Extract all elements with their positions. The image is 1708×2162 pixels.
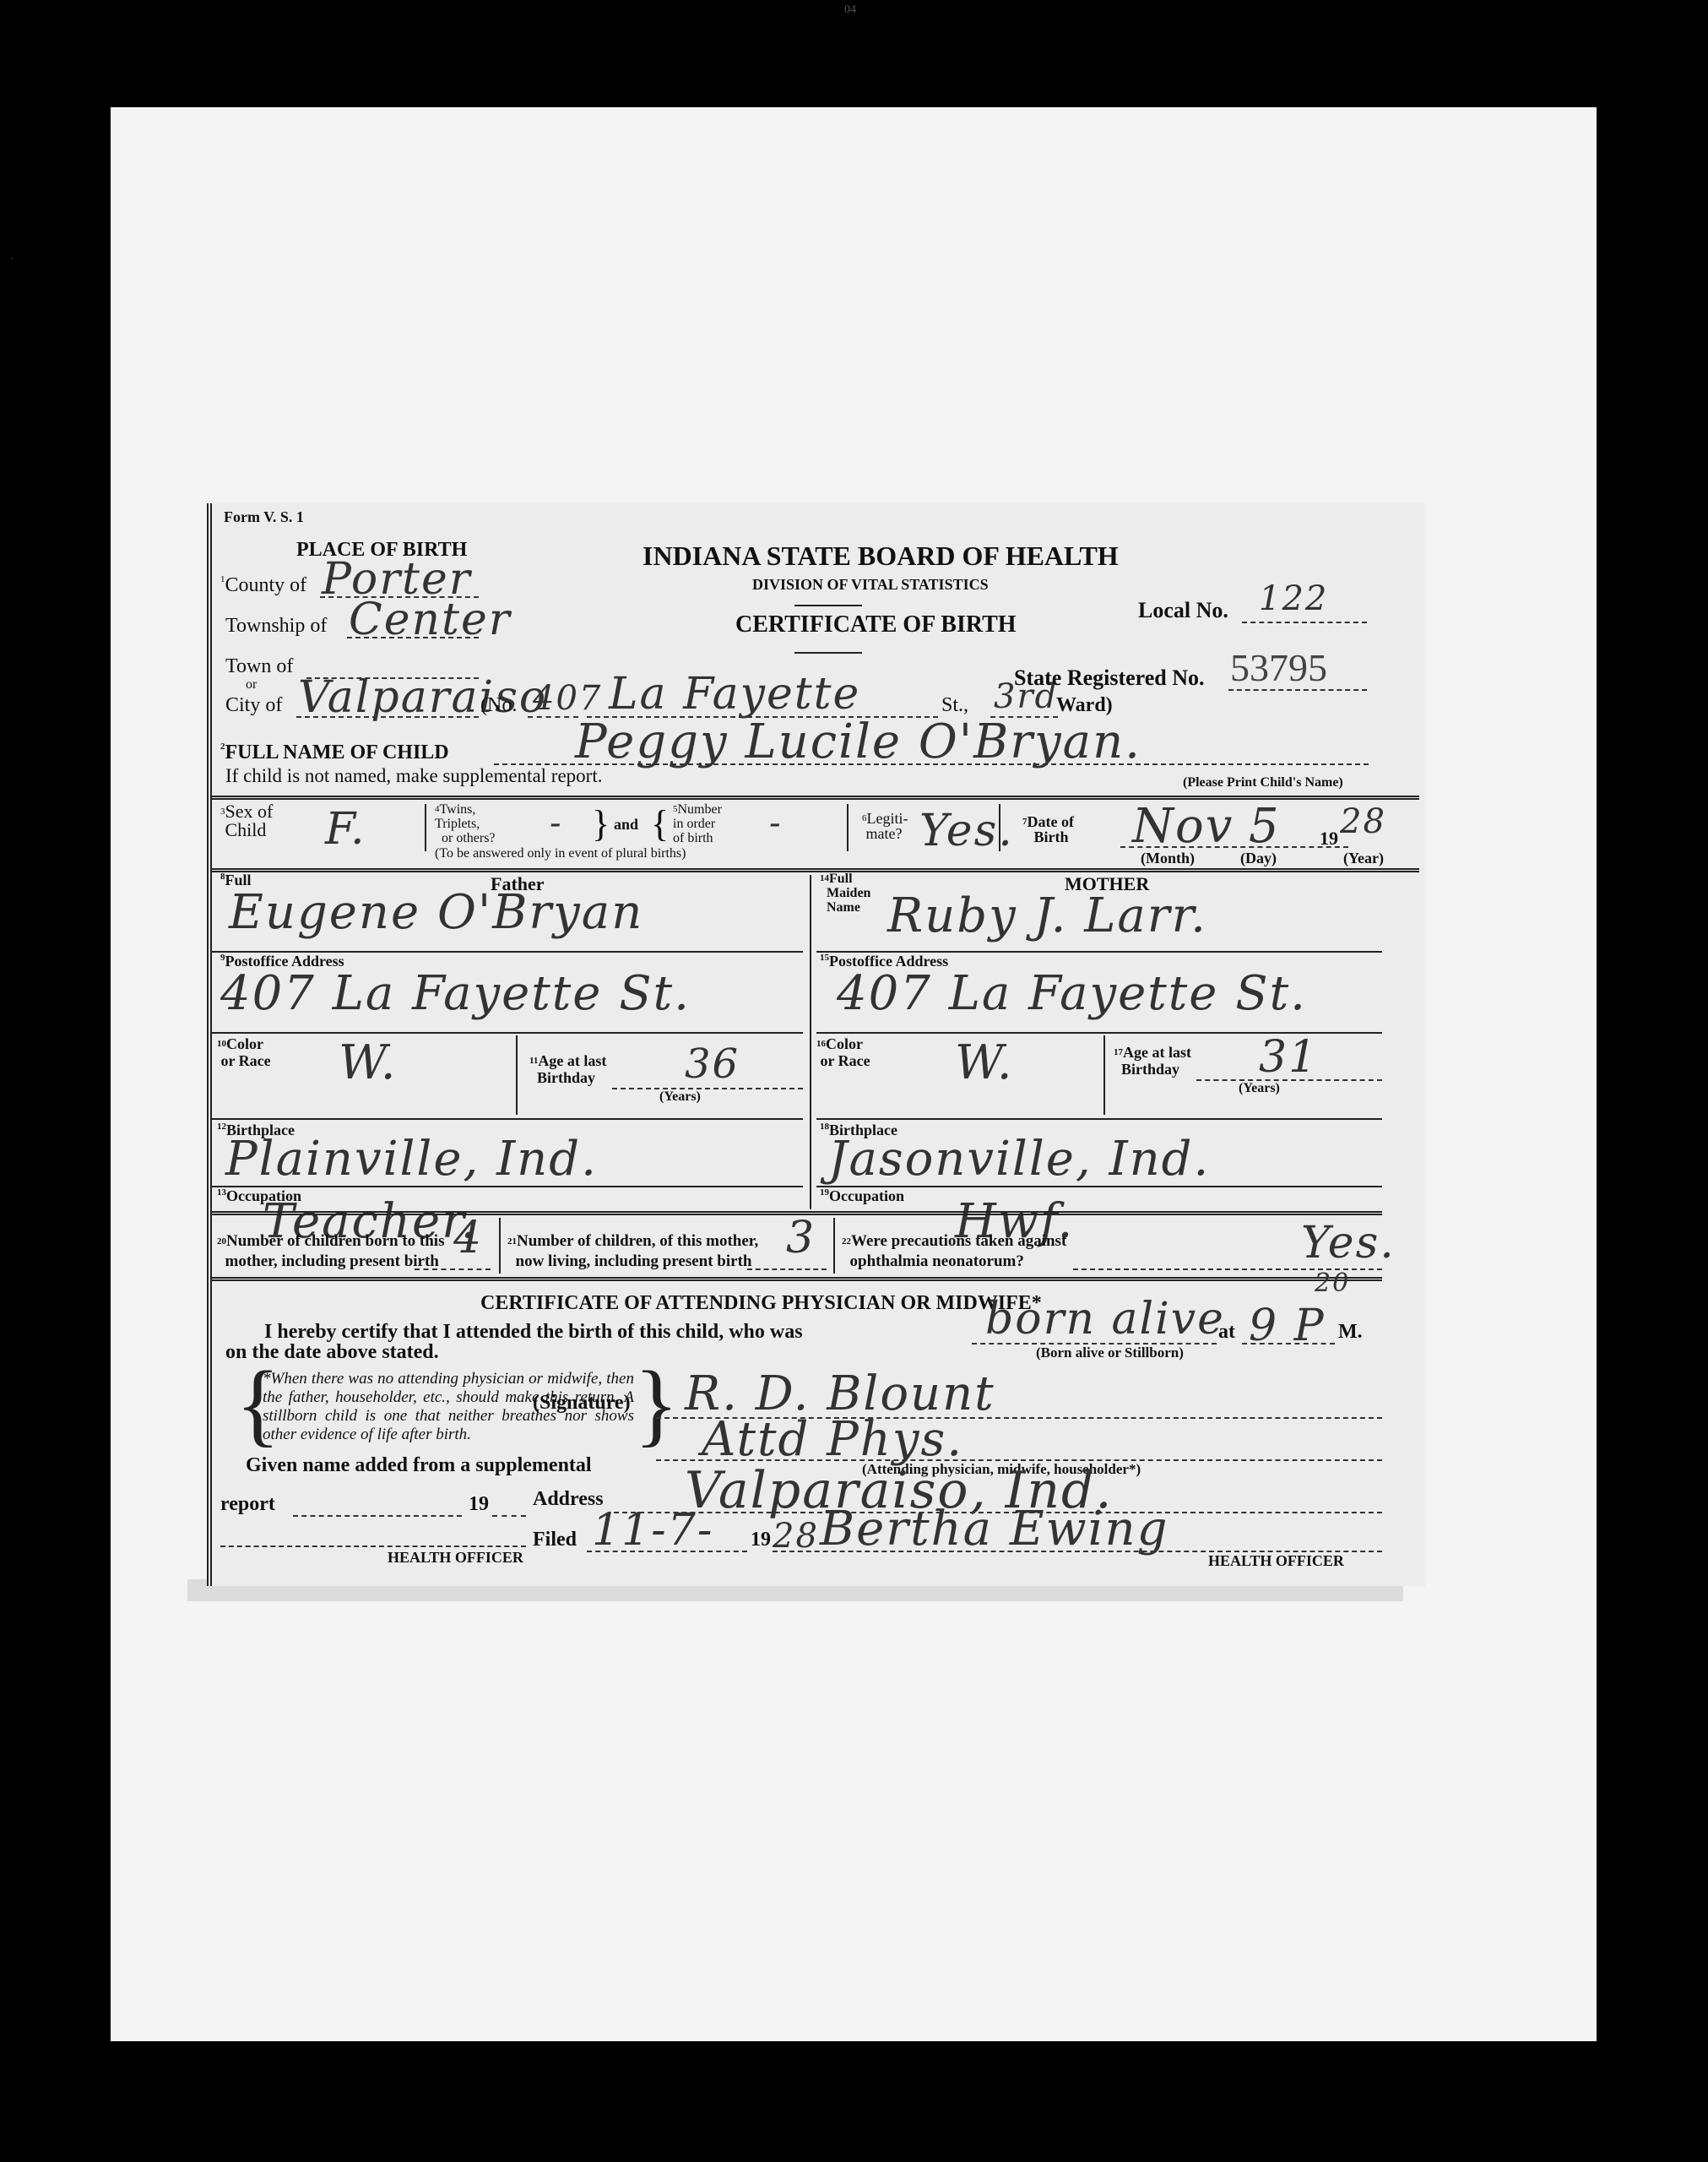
- dob-day-value: 5: [1249, 799, 1281, 854]
- footnote-brace-right: }: [634, 1363, 679, 1444]
- divider: [1103, 1035, 1105, 1115]
- certify-statement: I hereby certify that I attended the bir…: [264, 1321, 803, 1344]
- father-age-label-2: Birthday: [537, 1069, 595, 1086]
- children-born-value: 4: [453, 1213, 483, 1263]
- children-born-line: [415, 1267, 491, 1270]
- mother-age-label: Age at last: [1123, 1044, 1191, 1061]
- state-reg-label: State Registered No.: [1014, 665, 1205, 691]
- scan-frame-mark: 04: [844, 3, 856, 17]
- full-name-label: FULL NAME OF CHILD: [225, 741, 449, 763]
- dob-year-value: 28: [1340, 802, 1386, 841]
- twins-label: Twins,: [440, 802, 476, 817]
- divider: [425, 804, 426, 851]
- father-years-caption: (Years): [659, 1089, 701, 1105]
- parents-divider: [810, 875, 811, 1209]
- county-label: County of: [225, 574, 307, 596]
- filed-label: Filed: [533, 1529, 577, 1551]
- children-born-label-2: mother, including present birth: [225, 1252, 439, 1270]
- mother-age-value: 31: [1259, 1032, 1318, 1083]
- ward-label: Ward): [1056, 694, 1113, 717]
- section-rule: [212, 1277, 1382, 1281]
- supplemental-report-label: report: [220, 1493, 275, 1516]
- st-label: St.,: [941, 694, 968, 717]
- section-rule: [212, 796, 1419, 800]
- supplemental-label: Given name added from a supplemental: [246, 1454, 592, 1477]
- legitimate-label: Legiti-: [867, 810, 908, 827]
- unnamed-note: If child is not named, make supplemental…: [225, 765, 602, 787]
- children-born-label: Number of children born to this: [226, 1232, 444, 1250]
- physician-title: Attd Phys.: [702, 1412, 963, 1467]
- brace-left: }: [592, 802, 610, 845]
- divider: [516, 1035, 518, 1115]
- birth-certificate: Form V. S. 1 PLACE OF BIRTH INDIANA STAT…: [207, 503, 1425, 1586]
- mother-years-caption: (Years): [1239, 1081, 1280, 1096]
- divider: [499, 1218, 501, 1274]
- sex-label-2: Child: [225, 819, 267, 840]
- year-caption: (Year): [1343, 850, 1384, 867]
- order-value: -: [769, 804, 783, 843]
- father-age-label: Age at last: [538, 1052, 606, 1069]
- form-number: Form V. S. 1: [224, 508, 304, 526]
- mother-race-label: Color: [826, 1035, 863, 1052]
- mother-race-label-2: or Race: [821, 1052, 870, 1069]
- precaution-label-2: ophthalmia neonatorum?: [850, 1252, 1024, 1270]
- row-rule: [816, 1118, 1382, 1120]
- print-name-note: (Please Print Child's Name): [1183, 775, 1343, 790]
- header-rule: [794, 605, 862, 606]
- header-rule-2: [794, 652, 862, 654]
- dob-label-2: Birth: [1034, 828, 1069, 845]
- dob-month-value: Nov: [1132, 799, 1234, 854]
- precaution-value: Yes.: [1301, 1218, 1396, 1268]
- month-caption: (Month): [1141, 850, 1195, 867]
- status-hint: (Born alive or Stillborn): [1036, 1344, 1184, 1361]
- order-label: Number: [678, 802, 722, 817]
- m-label: M.: [1338, 1321, 1363, 1344]
- mother-name-label-2: Maiden: [827, 886, 870, 900]
- supplemental-report-line: [293, 1513, 462, 1517]
- at-label: at: [1218, 1321, 1235, 1344]
- children-living-value: 3: [786, 1213, 816, 1263]
- father-name-value: Eugene O'Bryan: [229, 885, 643, 940]
- street-no-value: 407: [533, 679, 602, 718]
- town-label: Town of: [225, 655, 293, 678]
- order-label-3: of birth: [673, 831, 713, 845]
- division-title: DIVISION OF VITAL STATISTICS: [752, 576, 989, 594]
- mother-occupation-label: Occupation: [829, 1187, 904, 1204]
- father-address-value: 407 La Fayette St.: [220, 966, 691, 1021]
- father-birthplace-value: Plainville, Ind.: [225, 1132, 598, 1187]
- local-no-label: Local No.: [1138, 598, 1228, 623]
- city-label: City of: [225, 694, 282, 717]
- mother-age-label-2: Birthday: [1121, 1061, 1179, 1078]
- street-value: La Fayette: [609, 669, 860, 720]
- legitimate-label-2: mate?: [866, 825, 903, 842]
- father-age-value: 36: [685, 1040, 740, 1088]
- sex-value: F.: [325, 804, 366, 855]
- father-race-label: Color: [226, 1035, 263, 1052]
- father-race-value: W.: [339, 1035, 398, 1090]
- street-no-label: (No.: [480, 694, 517, 717]
- birth-time-value: 9 P: [1249, 1301, 1326, 1351]
- agency-title: INDIANA STATE BOARD OF HEALTH: [643, 540, 1119, 572]
- mother-name-label: Full: [829, 872, 853, 886]
- supplemental-officer-line: [220, 1544, 526, 1547]
- row-rule: [212, 1118, 803, 1120]
- signature-label: (Signature): [533, 1392, 631, 1415]
- health-officer-signature: Bertha Ewing: [820, 1502, 1168, 1556]
- children-living-label: Number of children, of this mother,: [517, 1232, 758, 1250]
- state-reg-value: 53795: [1230, 645, 1327, 690]
- birth-time-minutes: 20: [1315, 1268, 1350, 1298]
- and-label: and: [614, 816, 638, 834]
- dob-label: Date of: [1028, 813, 1074, 830]
- birth-status-value: born alive: [985, 1294, 1225, 1344]
- local-no-value: 122: [1259, 579, 1328, 618]
- supplemental-officer-label: HEALTH OFFICER: [388, 1549, 523, 1567]
- precaution-label: Were precautions taken against: [851, 1232, 1066, 1250]
- local-no-line: [1242, 620, 1367, 623]
- day-caption: (Day): [1240, 850, 1277, 867]
- supplemental-century: 19: [469, 1493, 489, 1516]
- twins-value: -: [550, 804, 563, 843]
- dob-century: 19: [1320, 828, 1338, 850]
- child-name-value: Peggy Lucile O'Bryan.: [575, 714, 1141, 769]
- divider: [999, 804, 1000, 851]
- divider: [833, 1218, 835, 1274]
- mother-address-value: 407 La Fayette St.: [837, 966, 1307, 1021]
- twins-label-3: or others?: [442, 831, 496, 845]
- mother-name-value: Ruby J. Larr.: [887, 888, 1207, 943]
- divider: [847, 804, 849, 851]
- mother-race-value: W.: [955, 1035, 1014, 1090]
- township-value: Center: [349, 595, 512, 645]
- or-label: or: [246, 677, 257, 693]
- order-label-2: in order: [673, 817, 715, 831]
- attendant-heading: CERTIFICATE OF ATTENDING PHYSICIAN OR MI…: [480, 1292, 1042, 1315]
- brace-right: {: [651, 802, 669, 845]
- mother-name-label-3: Name: [827, 900, 860, 915]
- filed-century: 19: [751, 1529, 771, 1551]
- row-rule: [212, 1032, 803, 1034]
- filing-officer-label: HEALTH OFFICER: [1208, 1552, 1344, 1570]
- township-label: Township of: [225, 615, 327, 638]
- children-living-line: [747, 1267, 827, 1270]
- plural-births-note: (To be answered only in event of plural …: [435, 846, 686, 861]
- children-living-label-2: now living, including present birth: [516, 1252, 752, 1270]
- mother-birthplace-value: Jasonville, Ind.: [828, 1132, 1210, 1187]
- section-rule: [212, 868, 1419, 872]
- filed-date-value: 11-7-: [592, 1505, 713, 1556]
- supplemental-year-line: [492, 1513, 526, 1517]
- certificate-title: CERTIFICATE OF BIRTH: [735, 611, 1017, 638]
- twins-label-2: Triplets,: [435, 817, 480, 831]
- father-race-label-2: or Race: [221, 1052, 271, 1069]
- scan-dust: ·: [10, 253, 14, 267]
